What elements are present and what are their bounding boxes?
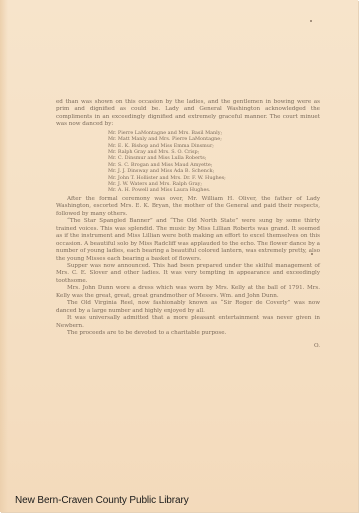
paragraph-reel: The Old Virginia Reel, now fashionably k… [56, 300, 320, 315]
scanned-document-page: ed than was shown on this occasion by th… [0, 0, 358, 512]
document-body: ed than was shown on this occasion by th… [56, 99, 320, 351]
paragraph-dress: Mrs. John Dunn wore a dress which was wo… [56, 285, 320, 300]
signoff: O. [56, 343, 320, 350]
library-credit: New Bern-Craven County Public Library [15, 495, 189, 506]
paper-speck [310, 20, 312, 22]
opening-paragraph: ed than was shown on this occasion by th… [56, 99, 320, 129]
paragraph-music: “The Star Spangled Banner” and “The Old … [56, 218, 320, 263]
paragraph-entertainment: It was universally admitted that a more … [56, 315, 320, 330]
dancer-pair: Mr. A. H. Powell and Miss Laura Hughes. [108, 187, 320, 193]
minuet-dancers-list: Mr. Pierre LaMontagne and Mrs. Basil Man… [108, 130, 320, 194]
paragraph-ceremony: After the formal ceremony was over, Mr. … [56, 196, 320, 218]
paragraph-supper: Supper was now announced. This had been … [56, 263, 320, 285]
paragraph-proceeds: The proceeds are to be devoted to a char… [56, 330, 320, 337]
